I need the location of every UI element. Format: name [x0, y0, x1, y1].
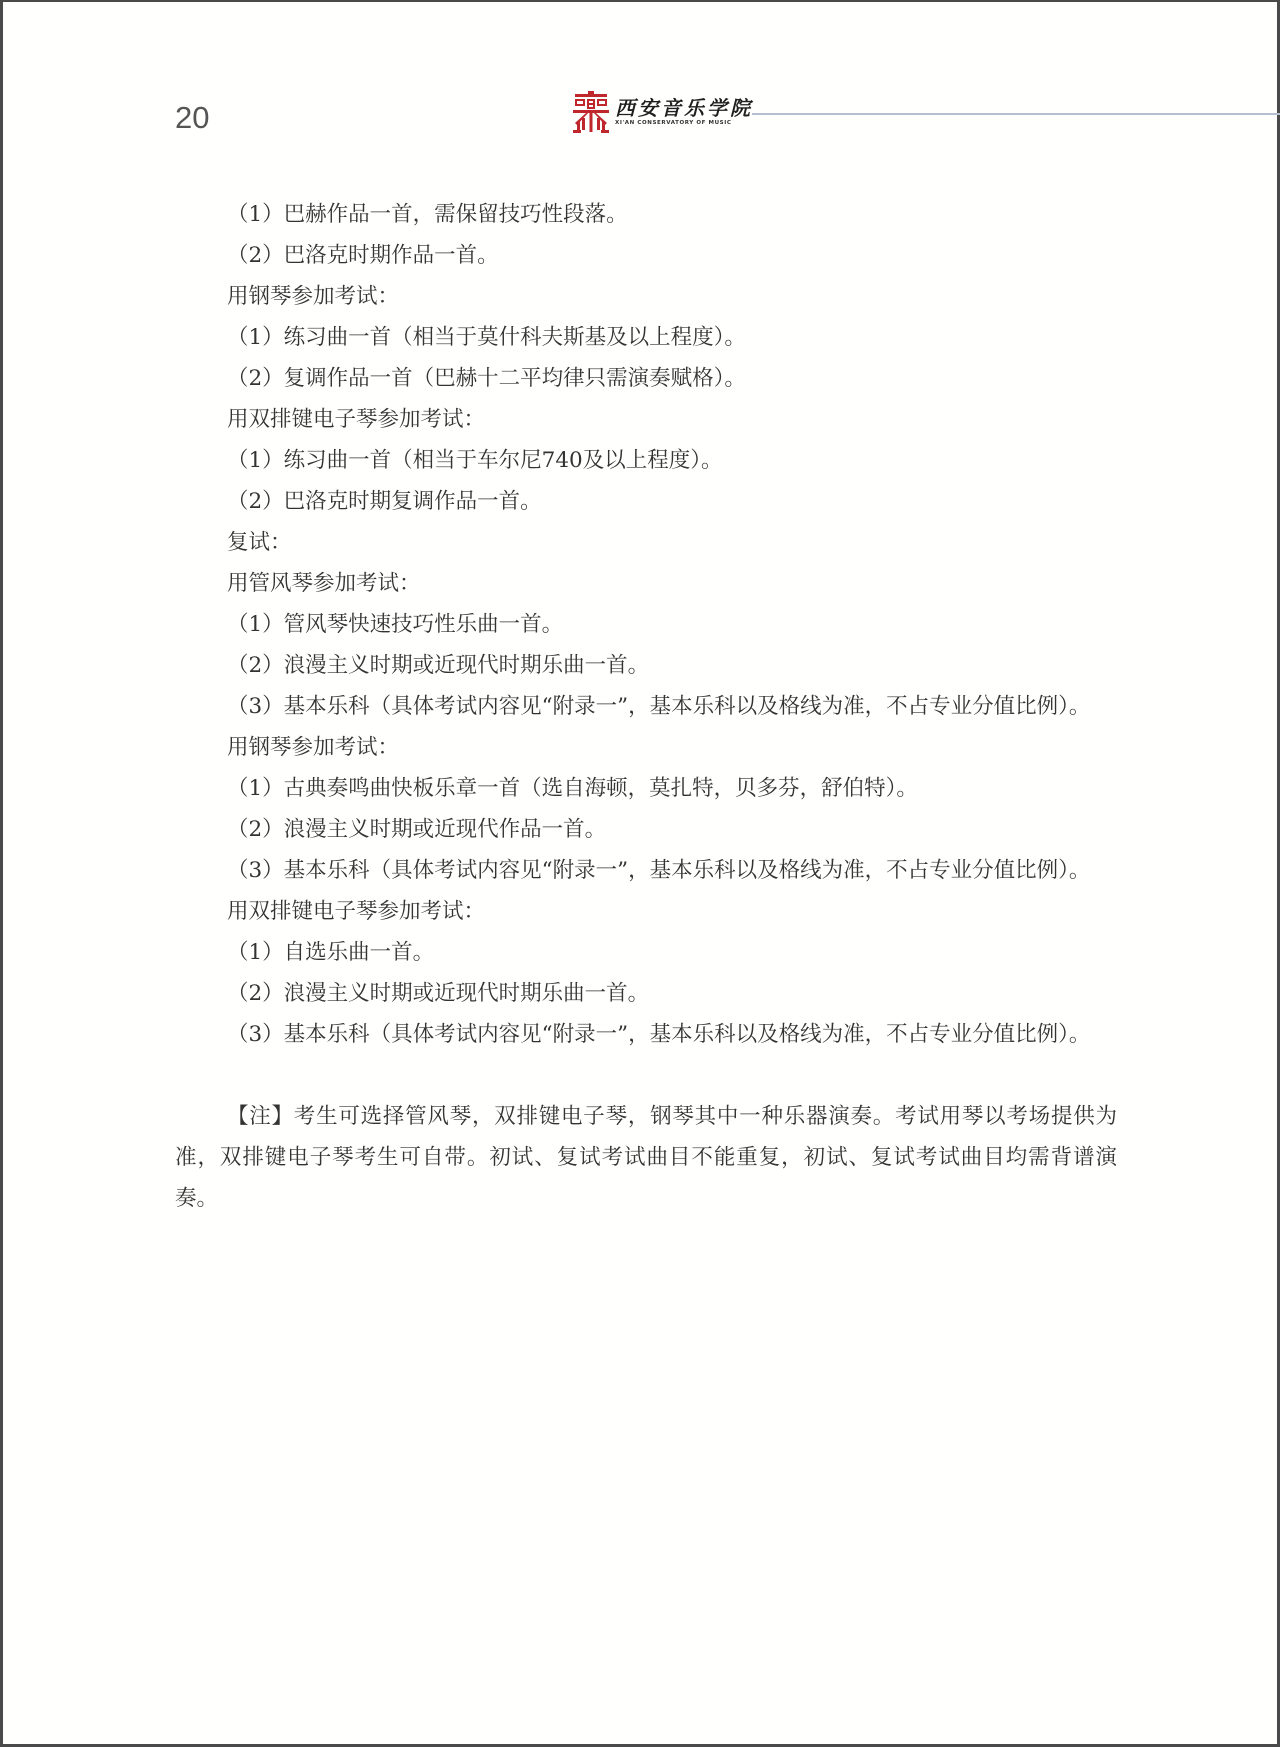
section-heading: 用双排键电子琴参加考试：	[175, 399, 1117, 440]
list-item: （2）复调作品一首（巴赫十二平均律只需演奏赋格）。	[175, 358, 1117, 399]
retest-heading: 复试：	[175, 522, 1117, 563]
header-logo: 西安音乐学院 XI'AN CONSERVATORY OF MUSIC	[573, 90, 753, 134]
list-item: （1）巴赫作品一首，需保留技巧性段落。	[175, 194, 1117, 235]
paragraph-gap	[175, 1055, 1117, 1096]
list-item: （3）基本乐科（具体考试内容见“附录一”，基本乐科以及格线为准，不占专业分值比例…	[175, 1014, 1117, 1055]
list-item: （1）练习曲一首（相当于莫什科夫斯基及以上程度）。	[175, 317, 1117, 358]
logo-name-en: XI'AN CONSERVATORY OF MUSIC	[615, 119, 753, 127]
list-item: （2）巴洛克时期作品一首。	[175, 235, 1117, 276]
list-item: （1）管风琴快速技巧性乐曲一首。	[175, 604, 1117, 645]
list-item: （3）基本乐科（具体考试内容见“附录一”，基本乐科以及格线为准，不占专业分值比例…	[175, 850, 1117, 891]
list-item: （3）基本乐科（具体考试内容见“附录一”，基本乐科以及格线为准，不占专业分值比例…	[175, 686, 1117, 727]
xian-conservatory-emblem-icon	[573, 91, 609, 133]
section-heading: 用钢琴参加考试：	[175, 727, 1117, 768]
list-item: （1）自选乐曲一首。	[175, 932, 1117, 973]
page-number: 20	[175, 98, 209, 138]
note-paragraph: 【注】考生可选择管风琴，双排键电子琴，钢琴其中一种乐器演奏。考试用琴以考场提供为…	[175, 1096, 1117, 1219]
logo-name-cn: 西安音乐学院	[615, 97, 753, 119]
logo-text: 西安音乐学院 XI'AN CONSERVATORY OF MUSIC	[615, 97, 753, 127]
document-body: （1）巴赫作品一首，需保留技巧性段落。 （2）巴洛克时期作品一首。 用钢琴参加考…	[175, 194, 1117, 1219]
list-item: （2）浪漫主义时期或近现代作品一首。	[175, 809, 1117, 850]
page: 20	[0, 0, 1280, 1747]
list-item: （2）浪漫主义时期或近现代时期乐曲一首。	[175, 645, 1117, 686]
list-item: （1）练习曲一首（相当于车尔尼740及以上程度）。	[175, 440, 1117, 481]
list-item: （1）古典奏鸣曲快板乐章一首（选自海顿，莫扎特，贝多芬，舒伯特）。	[175, 768, 1117, 809]
list-item: （2）巴洛克时期复调作品一首。	[175, 481, 1117, 522]
header-rule	[752, 113, 1280, 115]
section-heading: 用双排键电子琴参加考试：	[175, 891, 1117, 932]
list-item: （2）浪漫主义时期或近现代时期乐曲一首。	[175, 973, 1117, 1014]
section-heading: 用钢琴参加考试：	[175, 276, 1117, 317]
section-heading: 用管风琴参加考试：	[175, 563, 1117, 604]
